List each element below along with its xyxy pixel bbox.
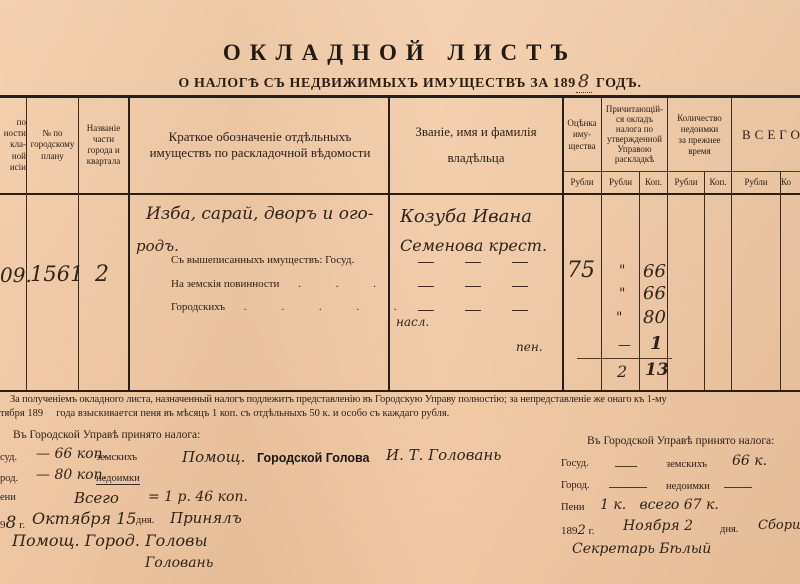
cell-due-rub-2: " xyxy=(619,286,625,302)
header-arrears: Количество недоимки за прежнее время xyxy=(668,99,731,171)
owner-dashes xyxy=(418,310,528,311)
left-peni-label: ени xyxy=(0,492,16,503)
header-value: Оцѣнка иму- щества xyxy=(563,99,601,171)
document-title: ОКЛАДНОЙ ЛИСТЪ xyxy=(0,40,800,66)
header-description: Краткое обозначенiе отдѣльныхъ имуществъ… xyxy=(140,100,380,190)
left-vsego-value: = 1 р. 46 коп. xyxy=(148,489,248,505)
subheader-due-rub: Рубли xyxy=(602,172,639,193)
stamp-name-hand: И. Т. Головань xyxy=(386,446,501,464)
cell-due-rub-1: " xyxy=(619,263,625,279)
cell-owner-1: Козуба Ивана xyxy=(400,206,532,227)
notice-line-1: За полученiемъ окладного листа, назначен… xyxy=(10,394,667,405)
sum-rule xyxy=(577,358,672,359)
header-plan-no: № по городскому плану xyxy=(27,100,78,190)
left-nedoimki-label: недоимки xyxy=(96,473,140,485)
left-zemsk-label: земскихъ xyxy=(96,452,137,463)
cell-desc-handwritten-2: родъ. xyxy=(136,237,179,255)
cell-part: 2 xyxy=(95,262,109,287)
col-divider xyxy=(128,97,130,390)
right-nedoimki-label: недоимки xyxy=(666,481,710,492)
left-year: 98 г. xyxy=(0,513,25,533)
cell-due-rub-4: — xyxy=(618,338,631,353)
left-date-hand: Октября 15 xyxy=(32,509,136,528)
left-receipt-heading: Въ Городской Управѣ принято налога: xyxy=(13,429,200,441)
cell-due-kop-3: 80 xyxy=(643,307,666,328)
col-divider xyxy=(388,97,390,390)
cell-desc-print-2: На земскiя повинности . . . xyxy=(171,278,392,290)
right-peni-label: Пени xyxy=(561,502,584,513)
cell-desc-handwritten-1: Изба, сарай, дворъ и ого- xyxy=(146,204,374,224)
cell-due-kop-2: 66 xyxy=(643,283,666,304)
right-gosud-dash xyxy=(615,466,637,467)
right-day-label: дня. xyxy=(720,524,738,535)
left-sign-hand-2: Головань xyxy=(145,555,213,571)
cell-due-rub-3: " xyxy=(616,310,622,326)
stamp-prefix-hand: Помощ. xyxy=(182,448,245,466)
header-owner: Званiе, имя и фамилiя владѣльца xyxy=(392,100,560,190)
cell-owner-2: Семенова крест. xyxy=(400,236,547,255)
owner-dashes xyxy=(418,262,528,263)
cell-desc-print-3: Городскихъ . . . . . xyxy=(171,301,413,313)
document-subtitle: О НАЛОГѢ СЪ НЕДВИЖИМЫХЪ ИМУЩЕСТВЪ ЗА 189… xyxy=(150,71,670,92)
cell-due-kop-1: 66 xyxy=(643,261,666,282)
left-gosud-label: суд. xyxy=(0,452,17,463)
subtitle-suffix: ГОДЪ. xyxy=(596,76,642,91)
right-receipt-heading: Въ Городской Управѣ принято налога: xyxy=(587,435,774,447)
cell-owner-4: пен. xyxy=(516,340,543,354)
cell-value-rub: 75 xyxy=(567,258,595,283)
right-gorod-label: Город. xyxy=(561,480,590,491)
cell-okl-no: 09. xyxy=(0,263,32,287)
header-part: Названiе части города и квартала xyxy=(79,100,128,190)
notice-line-2: тября 189 года взыскивается пеня въ мѣся… xyxy=(0,408,449,419)
left-sign-hand-1: Помощ. Город. Головы xyxy=(12,531,207,550)
subheader-total-rub: Рубли xyxy=(732,172,780,193)
col-divider xyxy=(780,171,781,390)
left-day-label: дня. xyxy=(136,515,154,526)
right-gorod-dash xyxy=(609,487,647,488)
right-gosud-label: Госуд. xyxy=(561,458,589,469)
left-accepted-hand: Принялъ xyxy=(170,509,242,527)
subtitle-year-handwritten: 8 xyxy=(576,71,592,93)
header-due: Причитающiй- ся окладъ налога по утвержд… xyxy=(602,99,667,171)
cell-plan-no: 1561 xyxy=(30,262,83,286)
right-year: 1892 г. xyxy=(561,523,595,538)
header-bottom-rule xyxy=(0,193,800,195)
left-gorod-label: род. xyxy=(0,473,18,484)
header-total: ВСЕГО xyxy=(732,99,800,171)
right-nedoimki-dash xyxy=(724,487,752,488)
table-bottom-rule xyxy=(0,390,800,392)
col-divider xyxy=(704,171,705,390)
header-okl-no: по ности кла- ной исiи xyxy=(0,100,26,190)
right-date-hand: Ноября 2 xyxy=(623,518,693,534)
subtitle-prefix: О НАЛОГѢ СЪ НЕДВИЖИМЫХЪ ИМУЩЕСТВЪ ЗА 189 xyxy=(178,76,575,91)
subheader-due-kop: Коп. xyxy=(640,172,667,193)
subheader-value-rub: Рубли xyxy=(563,172,601,193)
right-zemsk-value: 66 к. xyxy=(732,453,767,469)
subheader-arrears-rub: Рубли xyxy=(668,172,704,193)
right-role-hand: Сборщ. xyxy=(758,518,800,533)
table-top-rule xyxy=(0,95,800,98)
cell-due-kop-4: 1 xyxy=(650,333,663,354)
right-sign-hand: Секретарь Бѣлый xyxy=(572,541,711,557)
right-zemsk-label: земскихъ xyxy=(666,459,707,470)
cell-owner-3: насл. xyxy=(396,315,429,329)
cell-desc-print-1: Съ вышеписанныхъ имуществъ: Госуд. xyxy=(171,254,354,266)
right-peni-value: 1 к. всего 67 к. xyxy=(600,497,719,513)
owner-dashes xyxy=(418,286,528,287)
stamp-printed-title: Городской Голова xyxy=(257,451,369,465)
cell-total-rub: 2 xyxy=(617,362,627,381)
left-vsego-hand: Всего xyxy=(74,489,119,507)
cell-total-kop: 13 xyxy=(645,360,669,380)
subheader-total-kop: Ко xyxy=(781,172,800,193)
subheader-arrears-kop: Коп. xyxy=(705,172,731,193)
